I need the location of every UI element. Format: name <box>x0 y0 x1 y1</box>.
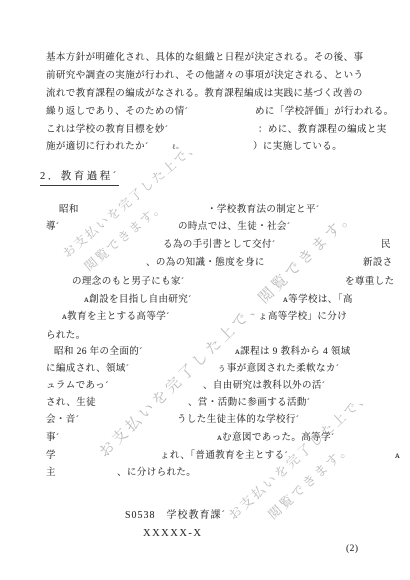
text-line-segment: 、の為の知識・態度を身に <box>146 257 265 270</box>
text-line-segment: 導ˊ <box>46 221 59 234</box>
text-line-segment: られた。 <box>46 330 86 343</box>
text-line-segment: 昭和 26 年の全面的ˊ <box>54 346 143 359</box>
text-line-segment: 繰り返しであり、そのための情ˊ <box>46 106 188 119</box>
text-line-segment: の時点では、生徒・社会ˊ <box>178 221 290 234</box>
text-line-segment: 施が適切に行われたかˊ <box>46 141 149 154</box>
text-line-segment: ᴀ創設を目指し自由研究ˊ <box>84 294 192 307</box>
text-line-segment: うした生徒主体的な学校行ˊ <box>177 414 299 427</box>
text-line-segment: 新設さ <box>363 257 393 270</box>
document-id: XXXXX-X <box>143 528 203 539</box>
text-line-segment: の理念のもと男子にも家ˊ <box>72 276 184 289</box>
text-line-segment: ᴀ教育を主とする高等学ˊ <box>62 311 170 324</box>
text-line-segment: 基本方針が明確化され、具体的な組織と日程が決定される。その後、事 <box>46 52 363 65</box>
text-line-segment: 、自由研究は教科以外の活ˊ <box>203 380 325 393</box>
text-line-segment: ょれ、「普通教育を主とするˊ <box>160 450 288 463</box>
text-line-segment: ：めに、教育課程の編成と実 <box>258 124 387 137</box>
text-line-segment: 会・音ˊ <box>46 414 79 427</box>
text-line-segment: ᴀ等学校は、「高 <box>283 294 353 307</box>
text-line-segment: 民 <box>381 239 391 252</box>
text-line-segment: され、生徒 <box>46 397 96 410</box>
text-line-segment: ᴀ <box>395 450 400 463</box>
text-line-segment: ᴀ課程は 9 教科から 4 領域 <box>235 346 351 359</box>
text-line-segment: を尊重した <box>345 276 395 289</box>
text-line-segment: ・学校教育法の制定と平ˊ <box>207 204 319 217</box>
text-line-segment: 主 <box>46 467 56 480</box>
text-line-segment: 、営・活動に参画する活動ˊ <box>188 397 310 410</box>
text-line-segment: ュラムであっˊ <box>46 380 109 393</box>
text-line-segment: ょ高等学校」に分け <box>258 311 347 324</box>
text-line-segment: ᴀむ意図であった。高等学ˊ <box>217 432 335 445</box>
page-number: (2) <box>346 544 359 554</box>
section-heading: 2．教育過程ˊ <box>40 170 119 186</box>
text-line-segment: る為の手引書として交付ˊ <box>163 239 275 252</box>
text-line-segment: 、に分けられた。 <box>117 467 196 480</box>
text-line-segment: ぅ事が意図された柔軟なカˊ <box>217 363 339 376</box>
text-line-segment: これは学校の教育目標を妙ˊ <box>46 124 168 137</box>
course-code: S0538 学校教育課ˊ <box>125 506 226 521</box>
text-line-segment: 学 <box>46 450 56 463</box>
scanned-document-page: お支払いを完了した上で、閲覧できます。お支払いを完了した上で、閲覧できます。お支… <box>0 0 410 580</box>
text-line-segment: 昭和 <box>59 204 79 217</box>
text-line-segment: めに「学校評価」が行われる。 <box>255 106 394 119</box>
text-line-segment: ℓ₌ <box>172 141 179 154</box>
text-line-segment: 流れで教育課程の編成がなされる。教育課程編成は実践に基づく改善の <box>46 88 363 101</box>
text-line-segment: ）に実施している。 <box>253 141 342 154</box>
text-line-segment: に編成され、領域ˊ <box>46 363 129 376</box>
text-line-segment: 前研究や調査の実施が行われ、その他諸々の事項が決定される、という <box>46 70 363 83</box>
text-line-segment: 事ˊ <box>46 432 59 445</box>
